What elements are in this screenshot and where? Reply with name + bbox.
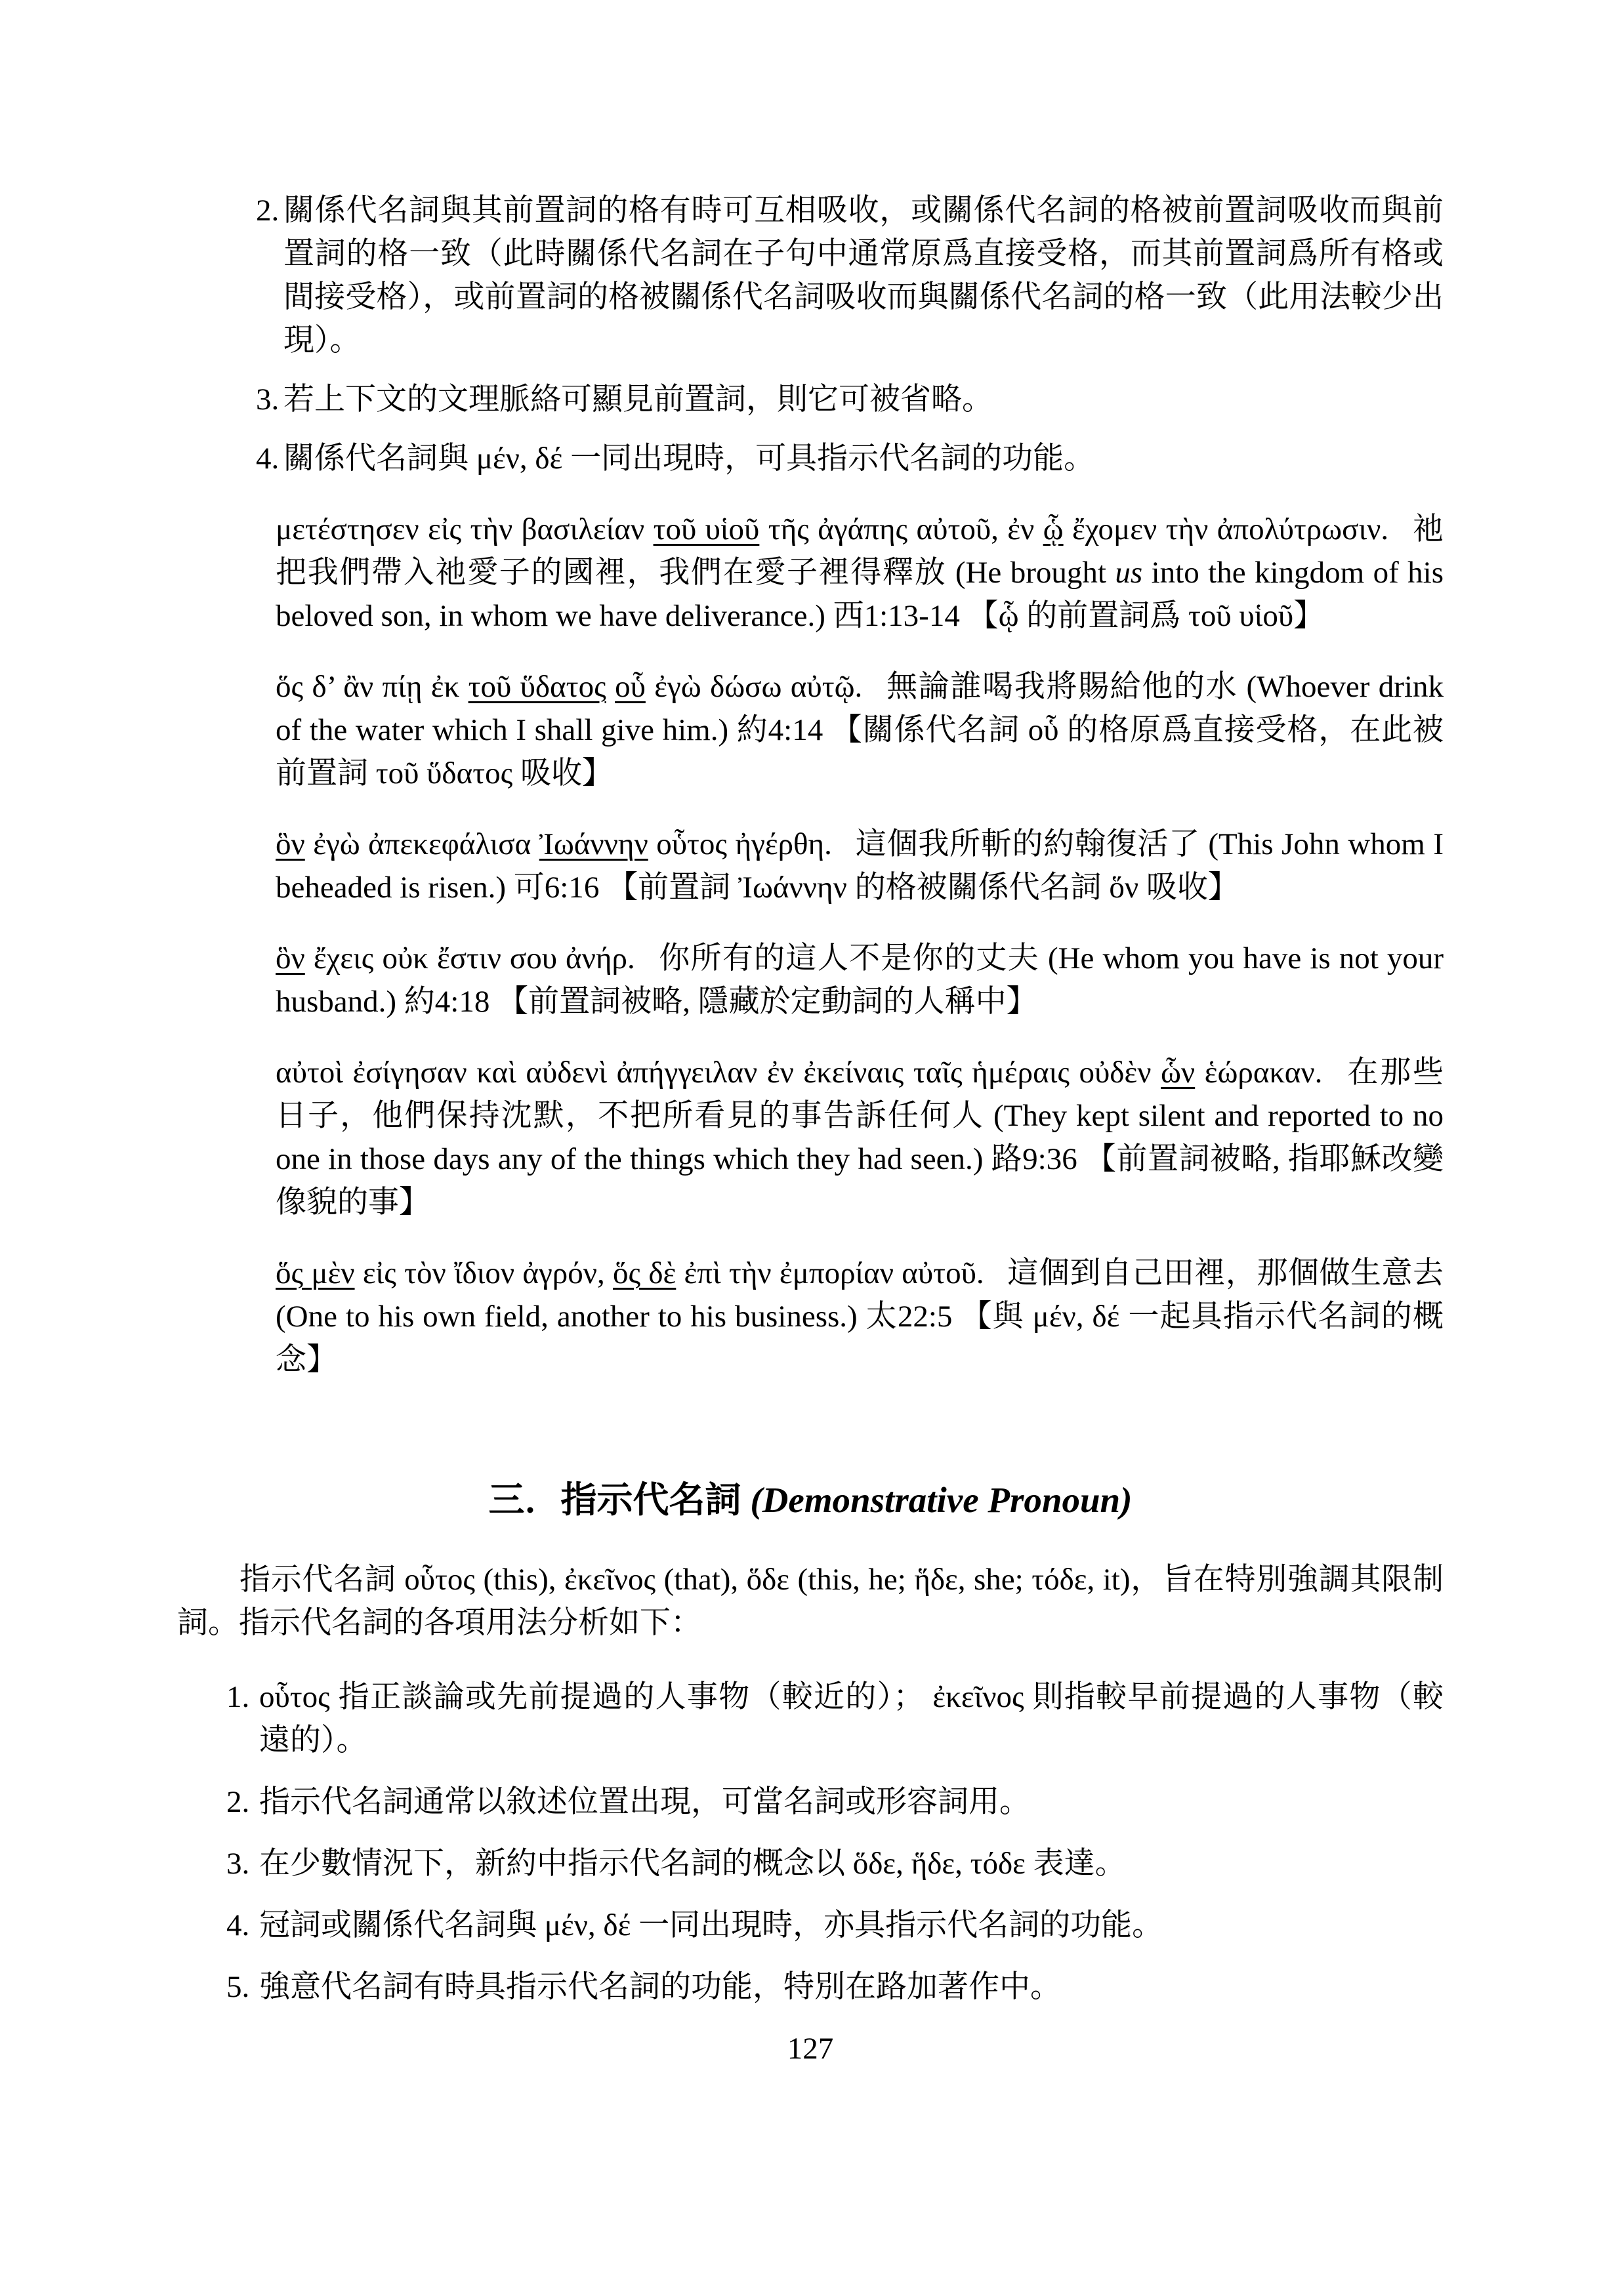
list-item-number: 4.: [226, 1904, 249, 1947]
list-item: 5. 強意代名詞有時具指示代名詞的功能，特別在路加著作中。: [226, 1965, 1444, 2009]
text-segment: εἰς τὸν ἴδιον ἀγρόν,: [355, 1256, 613, 1290]
underlined-greek-word: τοῦ υἱοῦ: [654, 512, 760, 546]
greek-examples: μετέστησεν εἰς τὴν βασιλείαν τοῦ υἱοῦ τῆ…: [177, 508, 1444, 1382]
underlined-greek-word: ὧν: [1161, 1056, 1195, 1090]
section-heading-chinese: 三．指示代名詞: [489, 1480, 751, 1520]
list-item-number: 2.: [226, 1780, 249, 1824]
text-segment: αὐτοὶ ἐσίγησαν καὶ αὐδενὶ ἀπήγγειλαν ἐν …: [276, 1056, 1161, 1090]
list-item: 1. οὗτος 指正談論或先前提過的人事物（較近的）； ἐκεῖνος 則指較…: [226, 1675, 1444, 1762]
page-number: 127: [177, 2027, 1444, 2070]
text-segment: ὅς δ’ ἂν πίῃ ἐκ: [276, 670, 468, 704]
text-segment: [606, 670, 615, 704]
relative-pronoun-usage-list: 2. 關係代名詞與其前置詞的格有時可互相吸收，或關係代名詞的格被前置詞吸收而與前…: [256, 189, 1444, 480]
text-segment: us: [1115, 556, 1142, 590]
underlined-greek-word: ὅς δὲ: [613, 1256, 676, 1290]
text-segment: τῆς ἀγάπης αὐτοῦ, ἐν: [759, 512, 1043, 546]
textbook-page: 2. 關係代名詞與其前置詞的格有時可互相吸收，或關係代名詞的格被前置詞吸收而與前…: [0, 0, 1624, 2296]
list-item-text: 關係代名詞與其前置詞的格有時可互相吸收，或關係代名詞的格被前置詞吸收而與前置詞的…: [283, 194, 1444, 358]
list-item-text: 強意代名詞有時具指示代名詞的功能，特別在路加著作中。: [259, 1970, 1061, 2004]
text-segment: ἔχεις οὐκ ἔστιν σου ἀνήρ. 你所有的這人不是你的丈夫 (…: [276, 941, 1444, 1019]
page-content: 2. 關係代名詞與其前置詞的格有時可互相吸收，或關係代名詞的格被前置詞吸收而與前…: [0, 0, 1624, 2070]
list-item: 2. 指示代名詞通常以敘述位置出現，可當名詞或形容詞用。: [226, 1780, 1444, 1824]
text-segment: ἐγὼ ἀπεκεφάλισα: [305, 827, 539, 861]
underlined-greek-word: ὃν: [276, 827, 305, 861]
list-item-text: 若上下文的文理脈絡可顯見前置詞，則它可被省略。: [283, 382, 993, 417]
list-item-number: 3.: [226, 1842, 249, 1885]
greek-example-john-4-14: ὅς δ’ ἂν πίῃ ἐκ τοῦ ὕδατος οὗ ἐγὼ δώσω α…: [276, 665, 1444, 795]
underlined-greek-word: ὃν: [276, 941, 305, 975]
intro-paragraph: 指示代名詞 οὗτος (this), ἐκεῖνος (that), ὅδε …: [177, 1558, 1444, 1645]
section-heading-english: (Demonstrative Pronoun): [750, 1480, 1132, 1520]
list-item-text: 冠詞或關係代名詞與 μέν, δέ 一同出現時，亦具指示代名詞的功能。: [259, 1908, 1163, 1942]
list-item-text: 關係代名詞與 μέν, δέ 一同出現時，可具指示代名詞的功能。: [283, 441, 1094, 476]
section-heading: 三．指示代名詞 (Demonstrative Pronoun): [177, 1477, 1444, 1524]
underlined-greek-word: οὗ: [615, 670, 646, 704]
list-item: 2. 關係代名詞與其前置詞的格有時可互相吸收，或關係代名詞的格被前置詞吸收而與前…: [256, 189, 1444, 362]
greek-example-luke-9-36: αὐτοὶ ἐσίγησαν καὶ αὐδενὶ ἀπήγγειλαν ἐν …: [276, 1051, 1444, 1224]
text-segment: μετέστησεν εἰς τὴν βασιλείαν: [276, 512, 654, 546]
list-item-number: 1.: [226, 1675, 249, 1719]
underlined-greek-word: ᾧ: [1043, 512, 1064, 546]
list-item-text: οὗτος 指正談論或先前提過的人事物（較近的）； ἐκεῖνος 則指較早前提…: [259, 1680, 1444, 1757]
list-item-text: 在少數情況下，新約中指示代名詞的概念以 ὅδε, ἥδε, τόδε 表達。: [259, 1847, 1126, 1881]
greek-example-matt-22-5: ὅς μὲν εἰς τὸν ἴδιον ἀγρόν, ὅς δὲ ἐπὶ τὴ…: [276, 1252, 1444, 1382]
list-item: 3. 在少數情況下，新約中指示代名詞的概念以 ὅδε, ἥδε, τόδε 表達…: [226, 1842, 1444, 1885]
underlined-greek-word: Ἰωάννην: [539, 827, 648, 861]
greek-example-mark-6-16: ὃν ἐγὼ ἀπεκεφάλισα Ἰωάννην οὗτος ἠγέρθη.…: [276, 823, 1444, 909]
demonstrative-usage-list: 1. οὗτος 指正談論或先前提過的人事物（較近的）； ἐκεῖνος 則指較…: [226, 1675, 1444, 2009]
underlined-greek-word: ὅς μὲν: [276, 1256, 355, 1290]
list-item-number: 4.: [256, 437, 279, 480]
greek-example-col-1-13: μετέστησεν εἰς τὴν βασιλείαν τοῦ υἱοῦ τῆ…: [276, 508, 1444, 638]
list-item-number: 3.: [256, 378, 279, 421]
list-item: 4. 冠詞或關係代名詞與 μέν, δέ 一同出現時，亦具指示代名詞的功能。: [226, 1904, 1444, 1947]
list-item-number: 5.: [226, 1965, 249, 2009]
underlined-greek-word: τοῦ ὕδατος: [468, 670, 606, 704]
list-item-number: 2.: [256, 189, 279, 232]
greek-example-john-4-18: ὃν ἔχεις οὐκ ἔστιν σου ἀνήρ. 你所有的這人不是你的丈…: [276, 937, 1444, 1023]
list-item: 3. 若上下文的文理脈絡可顯見前置詞，則它可被省略。: [256, 378, 1444, 421]
list-item: 4. 關係代名詞與 μέν, δέ 一同出現時，可具指示代名詞的功能。: [256, 437, 1444, 480]
list-item-text: 指示代名詞通常以敘述位置出現，可當名詞或形容詞用。: [259, 1785, 1030, 1819]
